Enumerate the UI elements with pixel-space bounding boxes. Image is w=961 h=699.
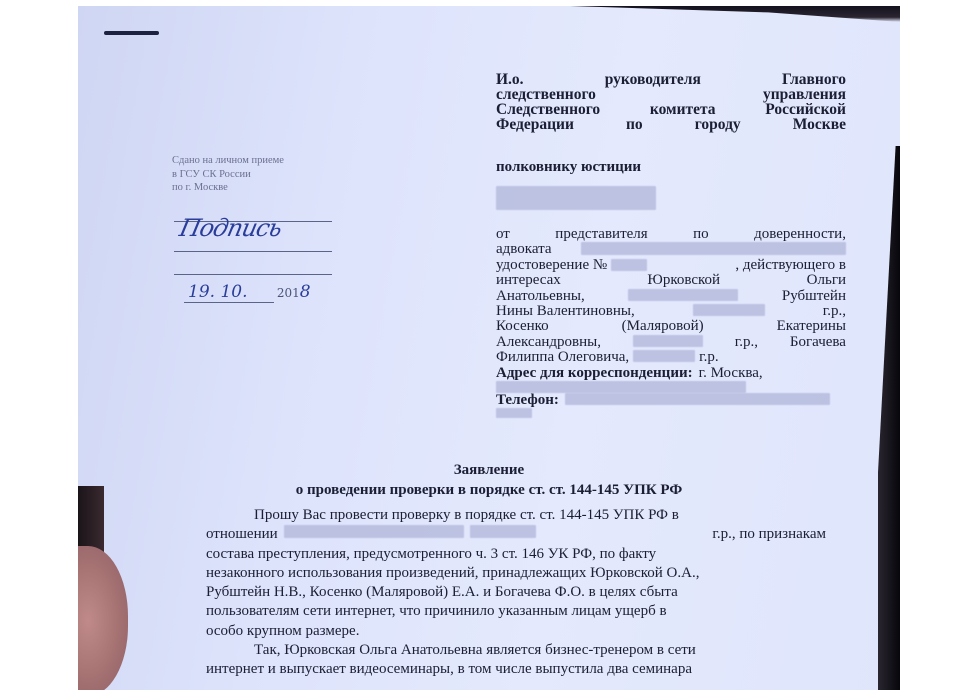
sender-word: интересах <box>496 273 561 288</box>
background-edge-right <box>878 146 900 690</box>
addressee-word: Российской <box>765 102 846 117</box>
date-line-top <box>174 274 332 275</box>
sender-word: адвоката <box>496 242 552 257</box>
sender-row: Анатольевны, Рубштейн <box>496 289 846 304</box>
addressee-word: следственного <box>496 87 596 102</box>
sender-word: Екатерины <box>777 319 846 334</box>
document-photo: Сдано на личном приеме в ГСУ СК России п… <box>78 6 900 690</box>
sender-word: г.р., <box>823 304 846 319</box>
redacted-address <box>496 381 746 393</box>
sender-word: Александровны, <box>496 335 601 350</box>
body-line: Так, Юрковская Ольга Анатольевна являетс… <box>206 641 826 660</box>
addressee-line-3: Следственного комитета Российской <box>496 102 846 117</box>
addressee-rank: полковнику юстиции <box>496 159 641 176</box>
reception-stamp: Сдано на личном приеме в ГСУ СК России п… <box>172 154 347 195</box>
redacted-phone-tail <box>496 408 532 418</box>
redacted-suspect-name <box>284 525 464 538</box>
holding-thumb <box>78 6 138 690</box>
phone-row: Телефон: <box>496 393 846 408</box>
addressee-line-4: Федерации по городу Москве <box>496 117 846 132</box>
sender-word: Анатольевны, <box>496 289 585 304</box>
sender-segment: удостоверение № <box>496 258 647 273</box>
body-line: интернет и выпускает видеосеминары, в то… <box>206 660 826 679</box>
sender-word: Ольги <box>807 273 846 288</box>
sender-word: Филиппа Олеговича, <box>496 350 629 365</box>
redacted-phone <box>565 393 830 405</box>
body-line: Рубштейн Н.В., Косенко (Маляровой) Е.А. … <box>206 583 826 602</box>
sender-row: Александровны, г.р., Богачева <box>496 335 846 350</box>
addressee-line-2: следственного управления <box>496 87 846 102</box>
addressee-line-1: И.о. руководителя Главного <box>496 72 846 87</box>
redacted-lawyer-name <box>581 242 846 255</box>
signature-line <box>174 251 332 252</box>
sender-word: по <box>693 227 709 242</box>
phone-label: Телефон: <box>496 393 559 408</box>
sender-word: Нины Валентиновны, <box>496 304 635 319</box>
sender-word: , действующего в <box>735 258 846 273</box>
sender-row: Нины Валентиновны, г.р., <box>496 304 846 319</box>
sender-word: представителя <box>555 227 647 242</box>
sender-row: адвоката <box>496 242 846 257</box>
body-line: Прошу Вас провести проверку в порядке ст… <box>206 506 826 525</box>
addressee-block: И.о. руководителя Главного следственного… <box>496 72 846 132</box>
body-line: незаконного использования произведений, … <box>206 564 826 583</box>
sender-word: доверенности, <box>754 227 846 242</box>
sender-word: Косенко <box>496 319 549 334</box>
handwritten-date: 19. 10. 2018 <box>188 282 311 302</box>
addressee-word: управления <box>763 87 846 102</box>
body-line: состава преступления, предусмотренного ч… <box>206 545 826 564</box>
sender-word: Юрковской <box>647 273 720 288</box>
sender-word: удостоверение № <box>496 257 607 273</box>
sender-word: Богачева <box>790 335 846 350</box>
addressee-word: комитета <box>650 102 716 117</box>
address-redacted-row <box>496 381 846 393</box>
redacted-addressee-name <box>496 186 656 210</box>
statement-title: Заявление <box>78 462 900 479</box>
sender-block: от представителя по доверенности, адвока… <box>496 227 846 418</box>
redacted-birth-date <box>693 304 765 316</box>
address-label: Адрес для корреспонденции: <box>496 366 693 381</box>
handwritten-signature: Подпись <box>177 214 284 242</box>
addressee-word: Следственного <box>496 102 600 117</box>
addressee-word: Главного <box>782 72 846 87</box>
body-word: отношении <box>206 525 278 544</box>
body-line: особо крупном размере. <box>206 622 826 641</box>
sender-row: интересах Юрковской Ольги <box>496 273 846 288</box>
body-line: отношении г.р., по признакам <box>206 525 826 544</box>
phone-redacted-row <box>496 408 846 418</box>
address-row: Адрес для корреспонденции: г. Москва, <box>496 366 846 381</box>
thumb-skin <box>78 546 128 690</box>
body-line: пользователям сети интернет, что причини… <box>206 602 826 621</box>
page-dash-mark <box>104 31 159 35</box>
date-year: 201 <box>277 286 300 300</box>
body-word: г.р., по признакам <box>536 525 826 544</box>
stamp-line: по г. Москве <box>172 181 347 195</box>
date-underline <box>184 302 274 303</box>
background-edge-top <box>570 6 900 22</box>
sender-row: удостоверение № , действующего в <box>496 258 846 273</box>
sender-row: Косенко (Маляровой) Екатерины <box>496 319 846 334</box>
sender-word: г.р. <box>699 350 718 365</box>
addressee-word: И.о. <box>496 72 524 87</box>
sender-row: от представителя по доверенности, <box>496 227 846 242</box>
sender-row: Филиппа Олеговича, г.р. <box>496 350 846 365</box>
sender-word: Рубштейн <box>782 289 846 304</box>
redacted-birth-date <box>628 289 738 301</box>
addressee-word: руководителя <box>605 72 701 87</box>
redacted-certificate-number <box>611 259 647 271</box>
redacted-suspect-birth <box>470 525 536 538</box>
date-year-suffix: 8 <box>300 282 311 302</box>
sender-word: г.р., <box>735 335 758 350</box>
redacted-birth-date <box>633 335 703 347</box>
stamp-line: Сдано на личном приеме <box>172 154 347 168</box>
stamp-line: в ГСУ СК России <box>172 168 347 182</box>
sender-word: (Маляровой) <box>622 319 704 334</box>
address-value: г. Москва, <box>699 366 763 381</box>
statement-body: Прошу Вас провести проверку в порядке ст… <box>206 506 826 680</box>
date-day-month: 19. 10. <box>188 282 247 302</box>
statement-subtitle: о проведении проверки в порядке ст. ст. … <box>78 482 900 499</box>
sender-word: от <box>496 227 510 242</box>
redacted-birth-date <box>633 350 695 362</box>
